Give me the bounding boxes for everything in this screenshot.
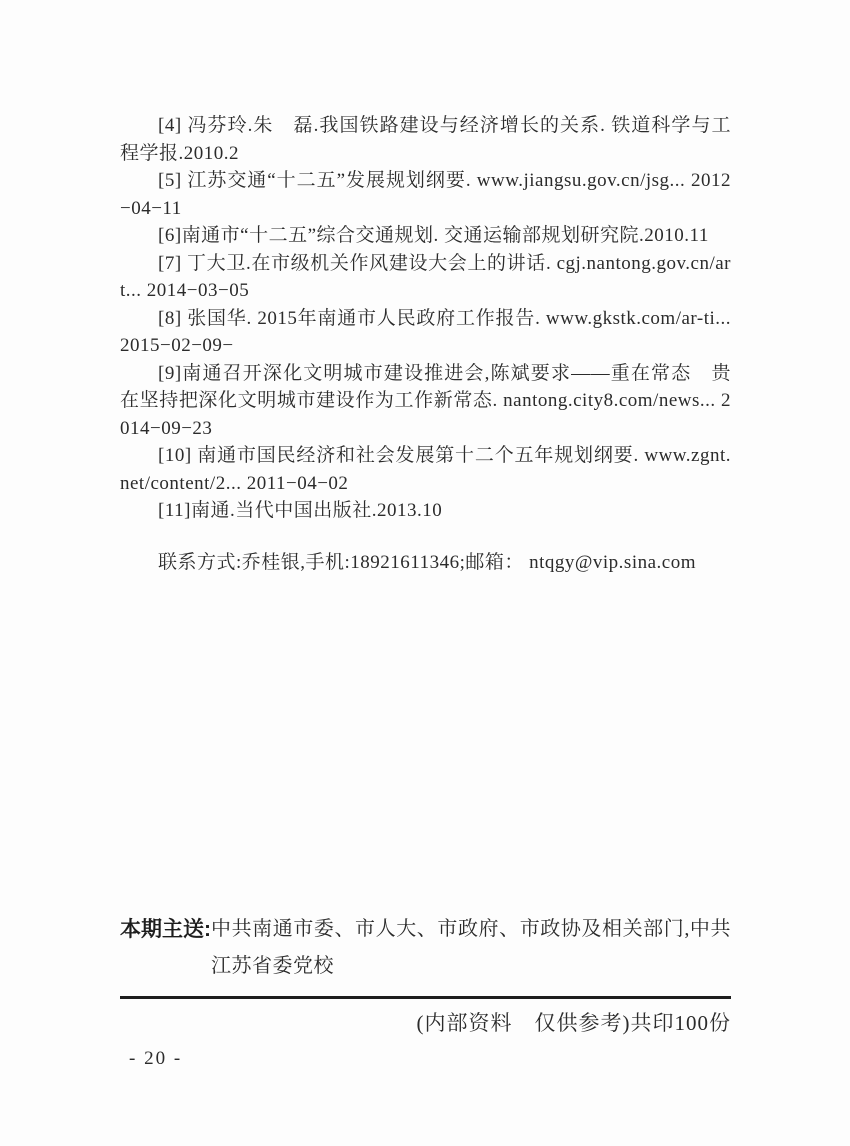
reference-item: [5] 江苏交通“十二五”发展规划纲要. www.jiangsu.gov.cn/…: [120, 167, 731, 222]
reference-item: [7] 丁大卫.在市级机关作风建设大会上的讲话. cgj.nantong.gov…: [120, 250, 731, 305]
contact-info: 联系方式:乔桂银,手机:18921611346;邮箱： ntqgy@vip.si…: [120, 549, 731, 577]
distribution-label: 本期主送:: [120, 911, 211, 948]
reference-item: [9]南通召开深化文明城市建设推进会,陈斌要求——重在常态 贵在坚持把深化文明城…: [120, 360, 731, 443]
page-footer: 本期主送: 中共南通市委、市人大、市政府、市政协及相关部门,中共江苏省委党校 (…: [120, 911, 731, 1072]
print-note: (内部资料 仅供参考)共印100份: [120, 1008, 731, 1038]
page-number: - 20 -: [120, 1046, 731, 1072]
reference-item: [11]南通.当代中国出版社.2013.10: [120, 497, 731, 525]
distribution-line: 本期主送: 中共南通市委、市人大、市政府、市政协及相关部门,中共江苏省委党校: [120, 911, 731, 985]
reference-item: [8] 张国华. 2015年南通市人民政府工作报告. www.gkstk.com…: [120, 305, 731, 360]
reference-item: [4] 冯芬玲.朱 磊.我国铁路建设与经济增长的关系. 铁道科学与工程学报.20…: [120, 112, 731, 167]
reference-item: [6]南通市“十二五”综合交通规划. 交通运输部规划研究院.2010.11: [120, 222, 731, 250]
distribution-recipients: 中共南通市委、市人大、市政府、市政协及相关部门,中共江苏省委党校: [211, 911, 731, 985]
references-list: [4] 冯芬玲.朱 磊.我国铁路建设与经济增长的关系. 铁道科学与工程学报.20…: [120, 112, 731, 525]
document-page: [4] 冯芬玲.朱 磊.我国铁路建设与经济增长的关系. 铁道科学与工程学报.20…: [0, 0, 850, 1146]
footer-divider: [120, 996, 731, 999]
reference-item: [10] 南通市国民经济和社会发展第十二个五年规划纲要. www.zgnt.ne…: [120, 442, 731, 497]
